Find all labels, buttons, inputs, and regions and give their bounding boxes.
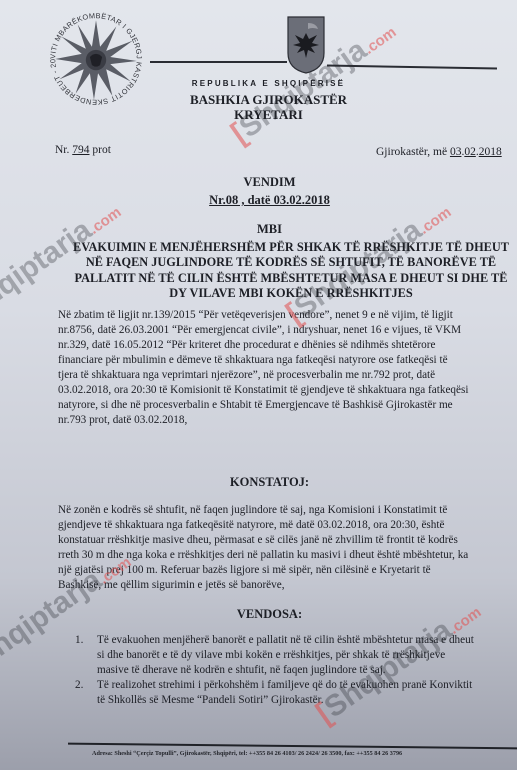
vendosa-heading: VENDOSA: bbox=[0, 607, 517, 622]
header-rule-left bbox=[150, 61, 287, 63]
republic-name: REPUBLIKA E SHQIPËRISË bbox=[0, 79, 517, 88]
protocol-number: Nr. 794 prot bbox=[55, 144, 111, 156]
municipality-name: BASHKIA GJIROKASTËR bbox=[0, 92, 517, 108]
decision-title: VENDIM bbox=[0, 175, 517, 190]
konstatoj-heading: KONSTATOJ: bbox=[0, 475, 517, 490]
decision-mbi: MBI bbox=[0, 222, 517, 237]
albanian-coat-of-arms-icon bbox=[286, 15, 326, 75]
place-date: Gjirokastër, më 03.02.2018 bbox=[376, 146, 502, 158]
document-page: VITI MBARËKOMBËTAR I GJERGJ KASTRIOTIT S… bbox=[0, 0, 517, 770]
list-item: 1. Të evakuohen menjëherë banorët e pall… bbox=[75, 633, 517, 678]
header-rule-right bbox=[327, 65, 497, 70]
decision-list: 1. Të evakuohen menjëherë banorët e pall… bbox=[75, 633, 517, 708]
footer-address: Adresa: Sheshi “Çerçiz Topulli”, Gjiroka… bbox=[92, 750, 402, 757]
konstatoj-paragraph: Në zonën e kodrës së shtufit, në faqen j… bbox=[58, 503, 517, 593]
footer-rule bbox=[68, 743, 517, 750]
office-name: KRYETARI bbox=[0, 107, 517, 123]
decision-subject: EVAKUIMIN E MENJËHERSHËM PËR SHKAK TË RR… bbox=[60, 240, 517, 301]
decision-number: Nr.08 , datë 03.02.2018 bbox=[0, 193, 517, 208]
protocol-number-value: 794 bbox=[72, 144, 89, 156]
preamble-paragraph: Në zbatim të ligjit nr.139/2015 “Për vet… bbox=[58, 308, 517, 428]
list-item: 2. Të realizohet strehimi i përkohshëm i… bbox=[75, 678, 517, 708]
